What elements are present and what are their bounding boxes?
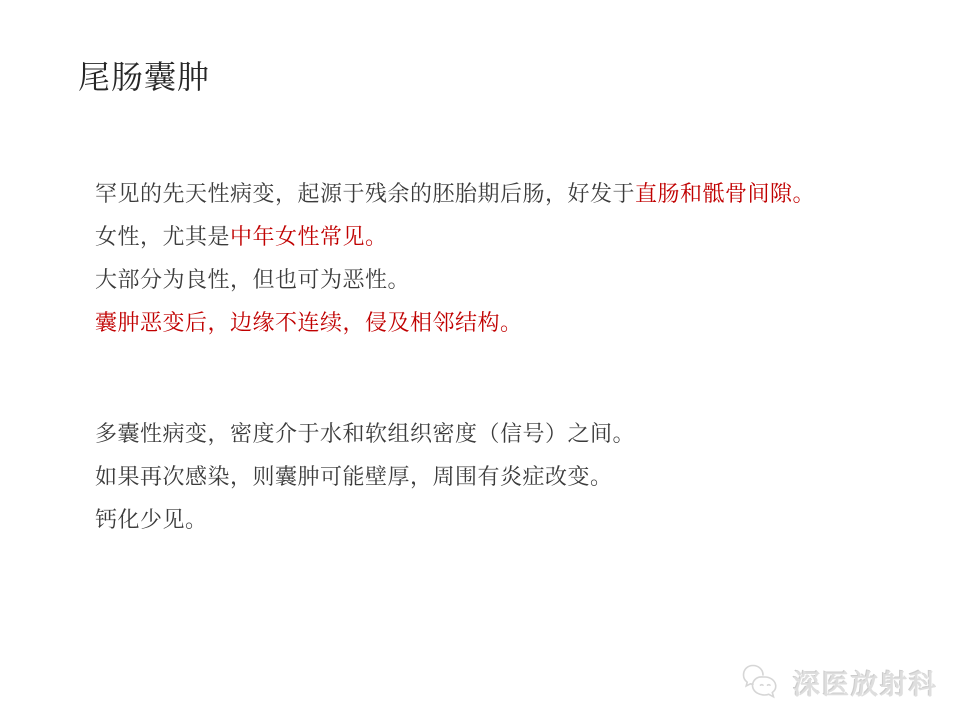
text-segment: 罕见的先天性病变，起源于残余的胚胎期后肠，好发于	[95, 181, 635, 206]
highlight-segment: 直肠和骶骨间隙。	[635, 181, 815, 206]
watermark-text: 深医放射科	[793, 663, 938, 702]
text-line: 如果再次感染，则囊肿可能壁厚，周围有炎症改变。	[95, 455, 895, 498]
text-line: 钙化少见。	[95, 498, 895, 541]
slide-title: 尾肠囊肿	[78, 52, 210, 98]
text-segment: 女性，尤其是	[95, 224, 230, 249]
text-line: 女性，尤其是中年女性常见。	[95, 215, 895, 258]
text-block-1: 罕见的先天性病变，起源于残余的胚胎期后肠，好发于直肠和骶骨间隙。 女性，尤其是中…	[95, 172, 895, 344]
text-line: 大部分为良性，但也可为恶性。	[95, 258, 895, 301]
text-segment: 大部分为良性，但也可为恶性。	[95, 267, 410, 292]
highlight-segment: 囊肿恶变后，边缘不连续，侵及相邻结构。	[95, 310, 523, 335]
highlight-segment: 中年女性常见。	[230, 224, 388, 249]
wechat-bubbles-icon	[741, 662, 787, 702]
text-segment: 如果再次感染，则囊肿可能壁厚，周围有炎症改变。	[95, 464, 613, 489]
text-segment: 钙化少见。	[95, 507, 208, 532]
slide: 尾肠囊肿 罕见的先天性病变，起源于残余的胚胎期后肠，好发于直肠和骶骨间隙。 女性…	[0, 0, 960, 720]
text-block-2: 多囊性病变，密度介于水和软组织密度（信号）之间。 如果再次感染，则囊肿可能壁厚，…	[95, 412, 895, 541]
text-line: 罕见的先天性病变，起源于残余的胚胎期后肠，好发于直肠和骶骨间隙。	[95, 172, 895, 215]
text-line: 囊肿恶变后，边缘不连续，侵及相邻结构。	[95, 301, 895, 344]
text-line: 多囊性病变，密度介于水和软组织密度（信号）之间。	[95, 412, 895, 455]
text-segment: 多囊性病变，密度介于水和软组织密度（信号）之间。	[95, 421, 635, 446]
watermark: 深医放射科	[741, 662, 938, 702]
